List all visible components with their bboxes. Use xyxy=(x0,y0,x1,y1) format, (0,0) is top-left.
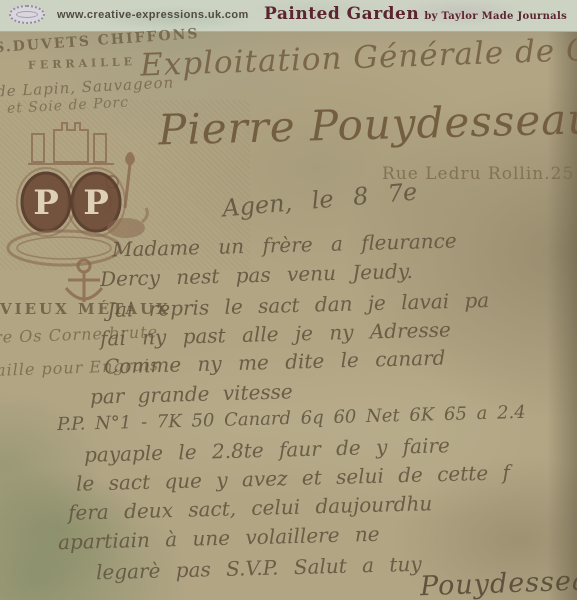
crest-cartouche xyxy=(8,231,120,265)
letter-line: apartiain à une volaillere ne xyxy=(58,522,380,554)
creative-expressions-logo-icon xyxy=(9,5,45,24)
letter-line: le sact que y avez et selui de cette f xyxy=(76,460,510,495)
product-byline: by Taylor Made Journals xyxy=(424,11,567,22)
crest-monogram: P P xyxy=(17,168,125,236)
crest-lion-icon xyxy=(107,208,147,238)
website-url: www.creative-expressions.uk.com xyxy=(57,9,249,21)
product-title: Painted Garden xyxy=(264,4,419,24)
torch-icon xyxy=(106,152,135,210)
crest-castle-icon xyxy=(28,123,114,164)
scrapbook-paper-scan: www.creative-expressions.uk.com Painted … xyxy=(0,0,577,600)
product-header-strip: www.creative-expressions.uk.com Painted … xyxy=(0,0,577,32)
letter-line: par grande vitesse xyxy=(90,379,293,408)
letter-signature: Pouydesseau xyxy=(420,565,577,600)
monogram-letter-p-right: P xyxy=(83,183,109,223)
letter-dateline: Agen, le 8 7e xyxy=(221,178,418,223)
letter-line: legarè pas S.V.P. Salut a tuy xyxy=(96,552,422,585)
product-label: Painted Garden by Taylor Made Journals xyxy=(264,4,567,24)
letter-line: fera deux sact, celui daujourdhu xyxy=(68,491,433,525)
trade-heading-ferraille: FERRAILLE xyxy=(28,55,136,72)
letter-line: Comme ny me dite le canard xyxy=(104,346,446,379)
monogram-letter-p-left: P xyxy=(33,183,59,223)
letter-line: Madame un frère a fleurance xyxy=(112,228,457,261)
proprietor-name: Pierre Pouydesseau xyxy=(157,95,577,155)
company-title: Exploitation Générale de Chiff xyxy=(140,32,577,83)
letter-line: payaple le 2.8te faur de y faire xyxy=(84,433,450,467)
letter-line: Dercy nest pas venu Jeudy. xyxy=(100,259,413,291)
anchor-icon xyxy=(66,260,102,302)
